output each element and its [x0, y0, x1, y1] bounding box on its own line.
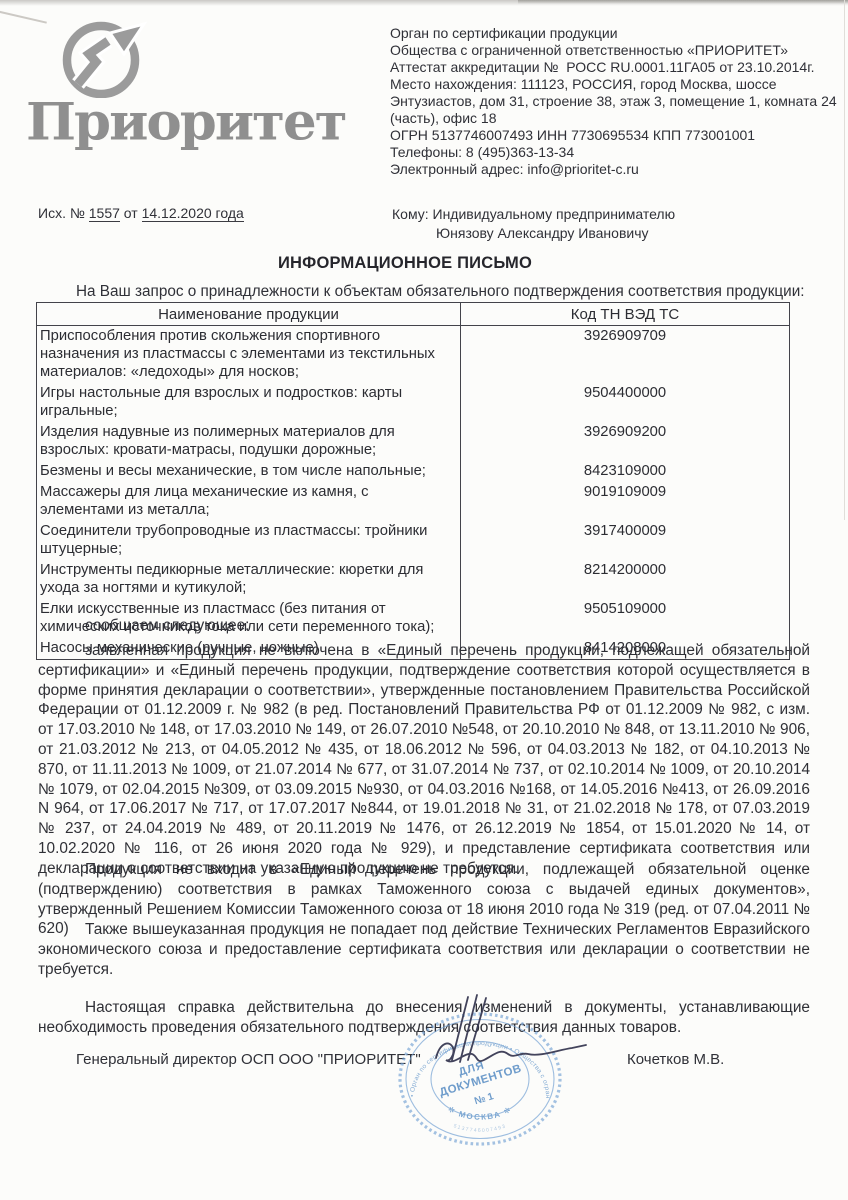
- handwritten-signature: [420, 982, 600, 1077]
- table-row: Массажеры для лица механические из камня…: [37, 482, 790, 521]
- body-paragraph-1: заявленная продукция не включена в «Един…: [38, 641, 810, 879]
- table-row: Безмены и весы механические, в том числе…: [37, 461, 790, 482]
- product-name-cell: Инструменты педикюрные металлические: кю…: [37, 560, 461, 599]
- ref-number: 1557: [89, 205, 120, 222]
- product-name-cell: Безмены и весы механические, в том числе…: [37, 461, 461, 482]
- signatory-title: Генеральный директор ОСП ООО "ПРИОРИТЕТ": [76, 1051, 421, 1068]
- org-header-line: Телефоны: 8 (495)363-13-34: [390, 144, 835, 161]
- table-row: Соединители трубопроводные из пластмассы…: [37, 521, 790, 560]
- scan-artifact-line: [0, 10, 47, 24]
- letter-title: ИНФОРМАЦИОННОЕ ПИСЬМО: [35, 254, 775, 273]
- outgoing-ref-line: Исх. № 1557 от 14.12.2020 года: [38, 205, 244, 221]
- recipient-line-2: Юнязову Александру Ивановичу: [436, 224, 675, 243]
- org-header: Орган по сертификации продукции Общества…: [390, 25, 835, 178]
- org-header-line: Аттестат аккредитации № РОСС RU.0001.11Г…: [390, 59, 835, 76]
- scanned-letter-page: Приоритет Орган по сертификации продукци…: [0, 0, 848, 1200]
- product-code-cell: 8423109000: [461, 461, 790, 482]
- scan-edge-top-right: [518, 0, 848, 4]
- product-name-cell: Приспособления против скольжения спортив…: [37, 326, 461, 384]
- recipient-block: Кому: Индивидуальному предпринимателю Юн…: [392, 205, 675, 242]
- scan-edge-right: [844, 0, 845, 520]
- product-name-cell: Игры настольные для взрослых и подростко…: [37, 383, 461, 422]
- recipient-line-1: Кому: Индивидуальному предпринимателю: [392, 205, 675, 224]
- column-header-tnved-code: Код ТН ВЭД ТС: [461, 303, 790, 326]
- arrow-circle-logo-icon: [56, 18, 156, 98]
- table-row: Инструменты педикюрные металлические: кю…: [37, 560, 790, 599]
- product-code-cell: 9019109009: [461, 482, 790, 521]
- product-code-cell: 3926909709: [461, 326, 790, 384]
- stamp-center-line3: № 1: [473, 1091, 495, 1107]
- table-row: Изделия надувные из полимерных материало…: [37, 422, 790, 461]
- logo-text: Приоритет: [26, 92, 346, 152]
- stamp-moscow-text: ✲ МОСКВА ✲: [446, 1105, 513, 1122]
- products-table: Наименование продукции Код ТН ВЭД ТС При…: [36, 302, 790, 660]
- org-header-line: Энтузиастов, дом 31, строение 38, этаж 3…: [390, 93, 835, 110]
- ref-prefix: Исх. №: [38, 205, 89, 221]
- table-row: Игры настольные для взрослых и подростко…: [37, 383, 790, 422]
- stamp-digits-text: 5137746007493: [453, 1123, 508, 1134]
- org-header-line: Электронный адрес: info@prioritet-c.ru: [390, 161, 835, 178]
- org-header-line: Орган по сертификации продукции: [390, 25, 835, 42]
- product-name-cell: Изделия надувные из полимерных материало…: [37, 422, 461, 461]
- product-code-cell: 3917400009: [461, 521, 790, 560]
- product-code-cell: 9504400000: [461, 383, 790, 422]
- lead-line: сообщаем следующее:: [38, 617, 810, 635]
- body-paragraph-3: Также вышеуказанная продукция не попадае…: [38, 920, 810, 979]
- table-header-row: Наименование продукции Код ТН ВЭД ТС: [37, 303, 790, 326]
- ref-middle: от: [120, 205, 142, 221]
- org-header-line: ОГРН 5137746007493 ИНН 7730695534 КПП 77…: [390, 127, 835, 144]
- product-code-cell: 3926909200: [461, 422, 790, 461]
- table-row: Приспособления против скольжения спортив…: [37, 326, 790, 384]
- product-name-cell: Соединители трубопроводные из пластмассы…: [37, 521, 461, 560]
- org-header-line: Место нахождения: 111123, РОССИЯ, город …: [390, 76, 835, 93]
- product-code-cell: 8214200000: [461, 560, 790, 599]
- org-header-line: (часть), офис 18: [390, 110, 835, 127]
- column-header-product-name: Наименование продукции: [37, 303, 461, 326]
- org-header-line: Общества с ограниченной ответственностью…: [390, 42, 835, 59]
- intro-line: На Ваш запрос о принадлежности к объекта…: [38, 283, 810, 301]
- product-name-cell: Массажеры для лица механические из камня…: [37, 482, 461, 521]
- signatory-name: Кочетков М.В.: [627, 1051, 724, 1068]
- ref-date: 14.12.2020 года: [142, 205, 244, 222]
